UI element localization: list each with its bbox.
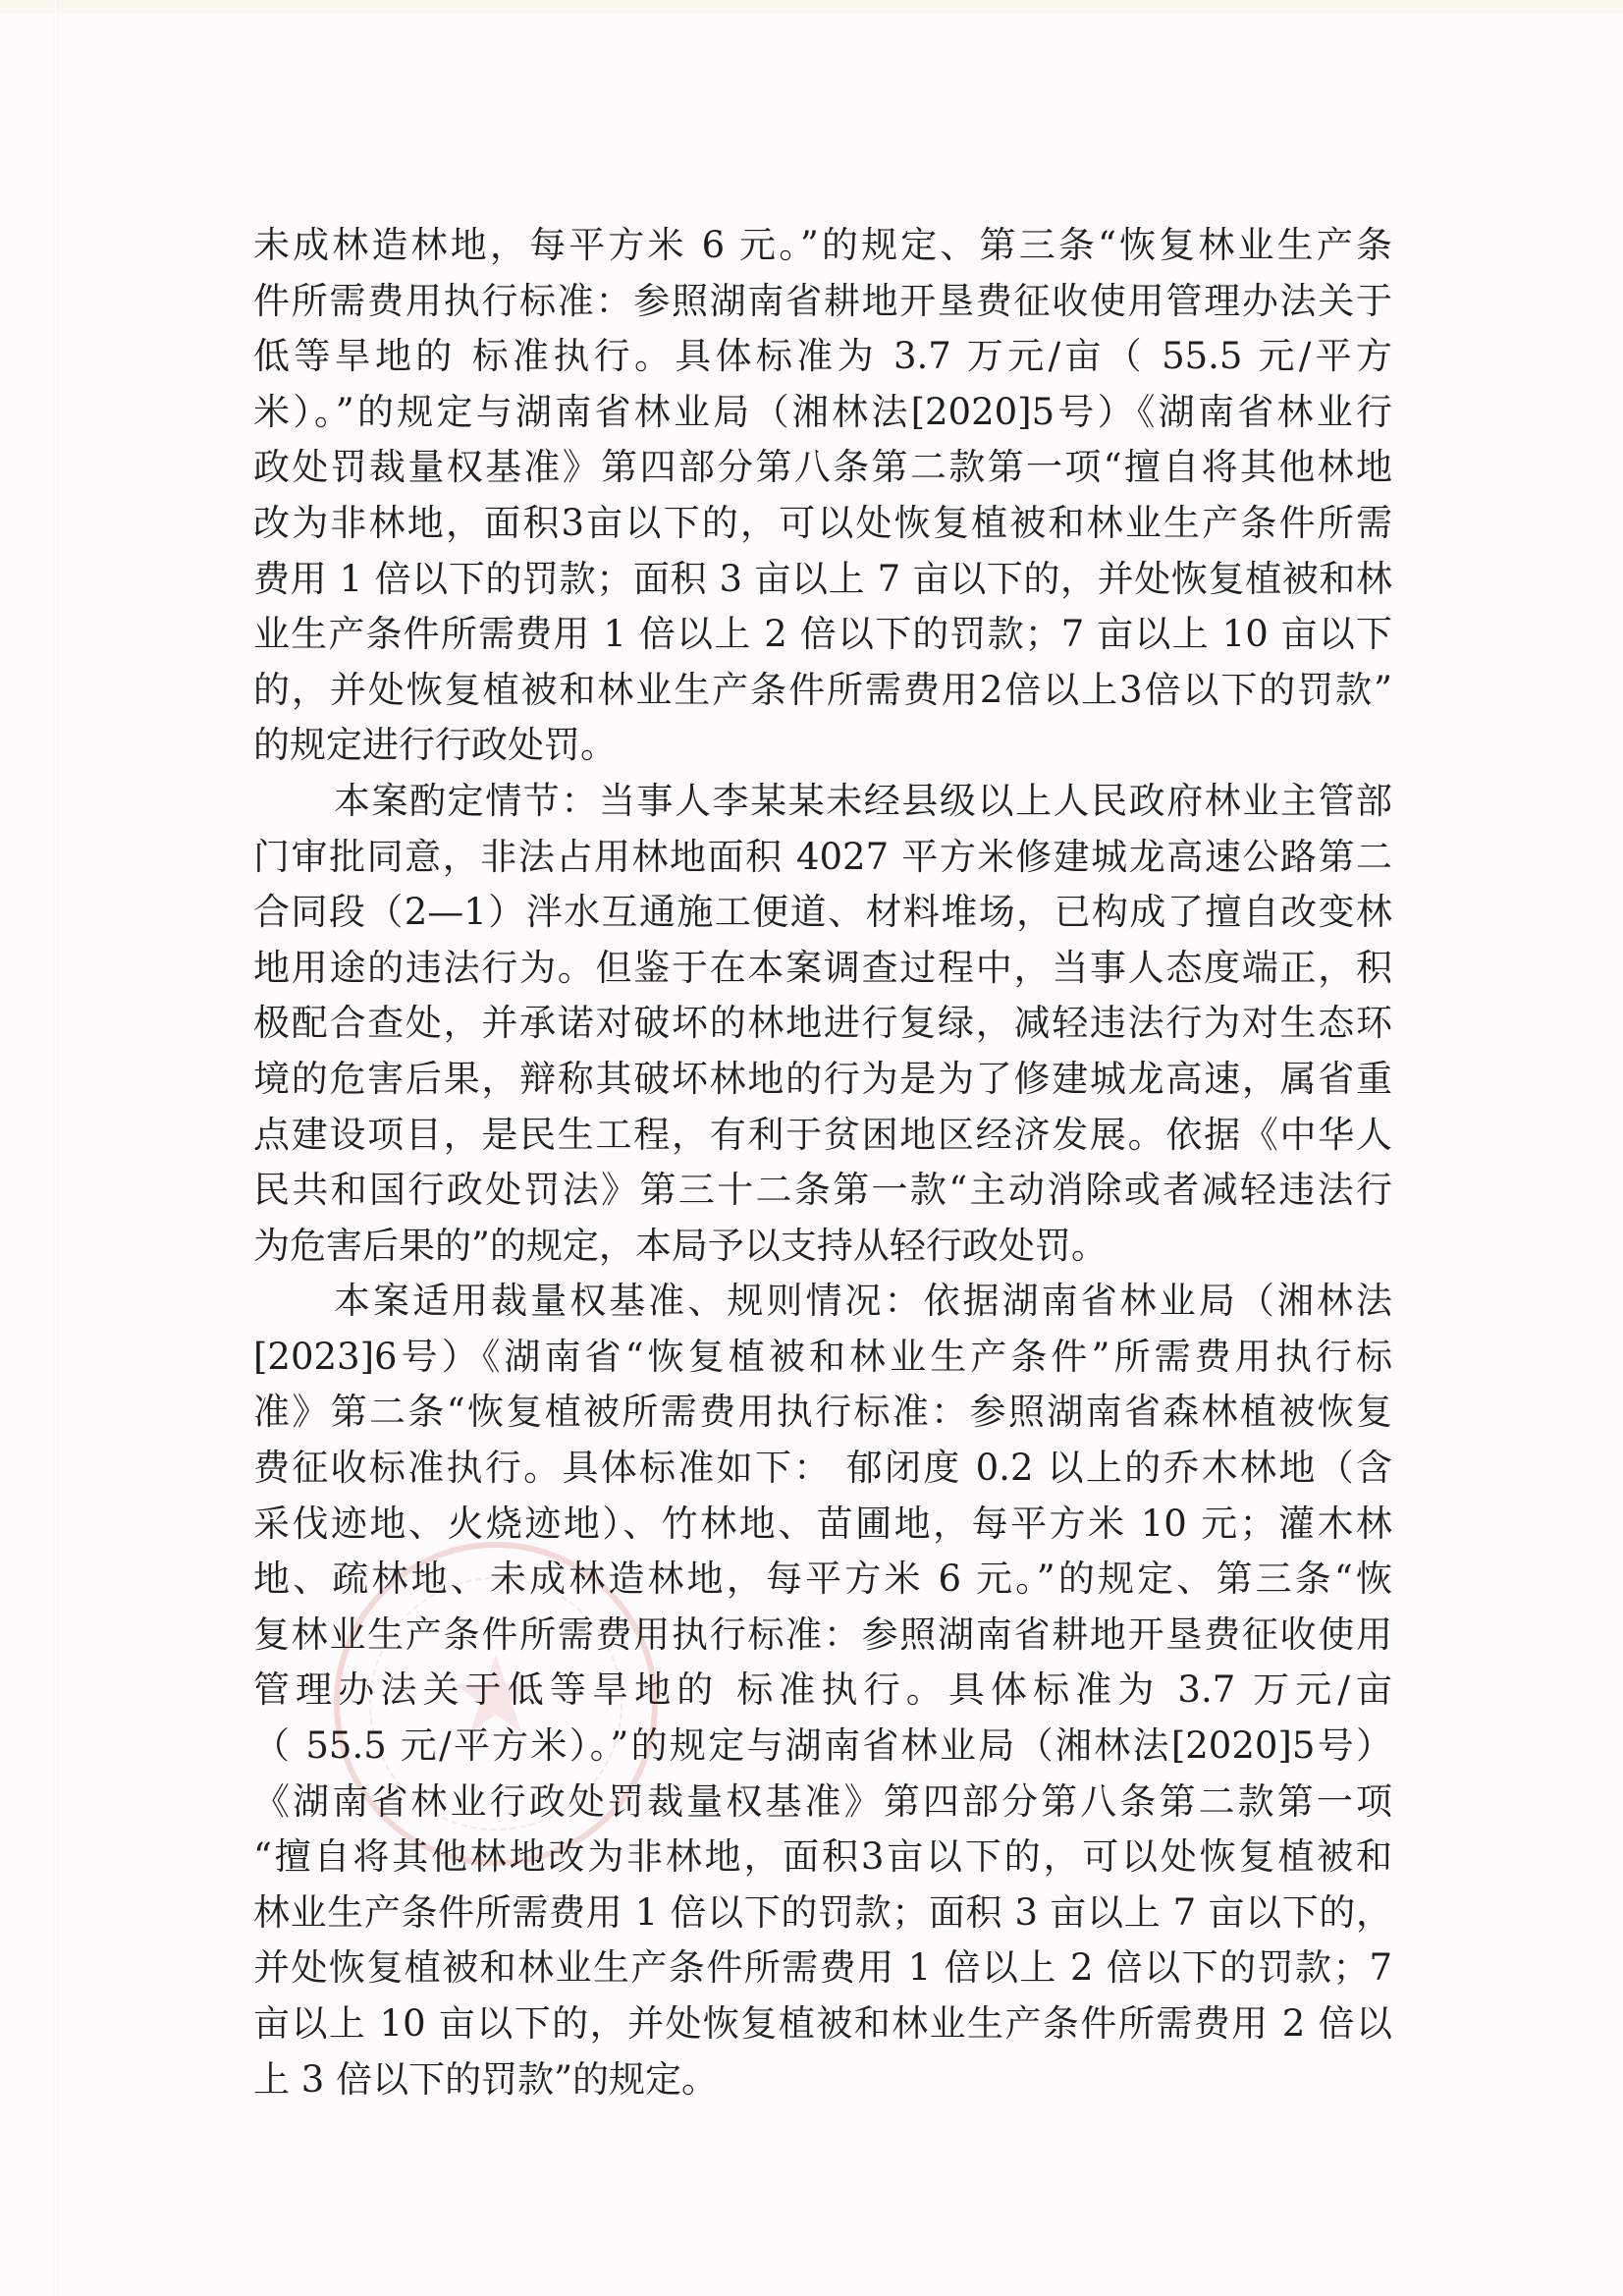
paragraph-continuation: 未成林造林地，每平方米 6 元。”的规定、第三条“恢复林业生产条 件所需费用执行…	[253, 218, 1392, 774]
scan-top-edge	[0, 0, 1623, 14]
text-line: 合同段（2—1）泮水互通施工便道、材料堆场，已构成了擅自改变林	[253, 885, 1392, 941]
text-line: 件所需费用执行标准：参照湖南省耕地开垦费征收使用管理办法关于	[253, 274, 1392, 330]
text-line: 改为非林地，面积3亩以下的，可以处恢复植被和林业生产条件所需	[253, 496, 1392, 552]
text-line: 地用途的违法行为。但鉴于在本案调查过程中，当事人态度端正，积	[253, 941, 1392, 997]
text-line: 政处罚裁量权基准》第四部分第八条第二款第一项“擅自将其他林地	[253, 440, 1392, 496]
text-line: 复林业生产条件所需费用执行标准：参照湖南省耕地开垦费征收使用	[253, 1608, 1392, 1664]
text-line: 的，并处恢复植被和林业生产条件所需费用2倍以上3倍以下的罚款”	[253, 663, 1392, 719]
text-line: 点建设项目，是民生工程，有利于贫困地区经济发展。依据《中华人	[253, 1108, 1392, 1164]
text-line: 《湖南省林业行政处罚裁量权基准》第四部分第八条第二款第一项	[253, 1775, 1392, 1831]
text-line: 门审批同意，非法占用林地面积 4027 平方米修建城龙高速公路第二	[253, 830, 1392, 886]
text-line: 低等旱地的 标准执行。具体标准为 3.7 万元/亩（ 55.5 元/平方	[253, 329, 1392, 385]
text-line: 为危害后果的”的规定，本局予以支持从轻行政处罚。	[253, 1219, 1392, 1275]
text-line: 林业生产条件所需费用 1 倍以下的罚款；面积 3 亩以上 7 亩以下的，	[253, 1886, 1392, 1941]
text-line: 地、疏林地、未成林造林地，每平方米 6 元。”的规定、第三条“恢	[253, 1552, 1392, 1608]
scan-binding-shadow	[53, 0, 59, 2296]
text-line: 本案适用裁量权基准、规则情况：依据湖南省林业局（湘林法	[253, 1274, 1392, 1330]
text-line: 境的危害后果，辩称其破坏林地的行为是为了修建城龙高速，属省重	[253, 1052, 1392, 1108]
text-line: 本案酌定情节：当事人李某某未经县级以上人民政府林业主管部	[253, 774, 1392, 830]
text-line: 费征收标准执行。具体标准如下： 郁闭度 0.2 以上的乔木林地（含	[253, 1441, 1392, 1497]
text-line: 未成林造林地，每平方米 6 元。”的规定、第三条“恢复林业生产条	[253, 218, 1392, 274]
text-line: “擅自将其他林地改为非林地，面积3亩以下的，可以处恢复植被和	[253, 1830, 1392, 1886]
text-line: （ 55.5 元/平方米）。”的规定与湖南省林业局（湘林法[2020]5号）	[253, 1719, 1392, 1775]
document-body: 未成林造林地，每平方米 6 元。”的规定、第三条“恢复林业生产条 件所需费用执行…	[253, 218, 1392, 2107]
text-line: 采伐迹地、火烧迹地）、竹林地、苗圃地，每平方米 10 元；灌木林	[253, 1497, 1392, 1553]
text-line: 米）。”的规定与湖南省林业局（湘林法[2020]5号）《湖南省林业行	[253, 385, 1392, 441]
paragraph-discretion-benchmark: 本案适用裁量权基准、规则情况：依据湖南省林业局（湘林法 [2023]6号）《湖南…	[253, 1274, 1392, 2107]
text-line: 极配合查处，并承诺对破坏的林地进行复绿，减轻违法行为对生态环	[253, 996, 1392, 1052]
text-line: 亩以上 10 亩以下的，并处恢复植被和林业生产条件所需费用 2 倍以	[253, 1996, 1392, 2052]
text-line: 准》第二条“恢复植被所需费用执行标准：参照湖南省森林植被恢复	[253, 1385, 1392, 1441]
text-line: 民共和国行政处罚法》第三十二条第一款“主动消除或者减轻违法行	[253, 1163, 1392, 1219]
text-line: 并处恢复植被和林业生产条件所需费用 1 倍以上 2 倍以下的罚款；7	[253, 1941, 1392, 1996]
text-line: 上 3 倍以下的罚款”的规定。	[253, 2052, 1392, 2108]
text-line: 业生产条件所需费用 1 倍以上 2 倍以下的罚款；7 亩以上 10 亩以下	[253, 607, 1392, 663]
text-line: 管理办法关于低等旱地的 标准执行。具体标准为 3.7 万元/亩	[253, 1663, 1392, 1719]
text-line: 费用 1 倍以下的罚款；面积 3 亩以上 7 亩以下的，并处恢复植被和林	[253, 552, 1392, 608]
paragraph-mitigating-circumstances: 本案酌定情节：当事人李某某未经县级以上人民政府林业主管部 门审批同意，非法占用林…	[253, 774, 1392, 1274]
text-line: 的规定进行行政处罚。	[253, 718, 1392, 774]
text-line: [2023]6号）《湖南省“恢复植被和林业生产条件”所需费用执行标	[253, 1330, 1392, 1386]
